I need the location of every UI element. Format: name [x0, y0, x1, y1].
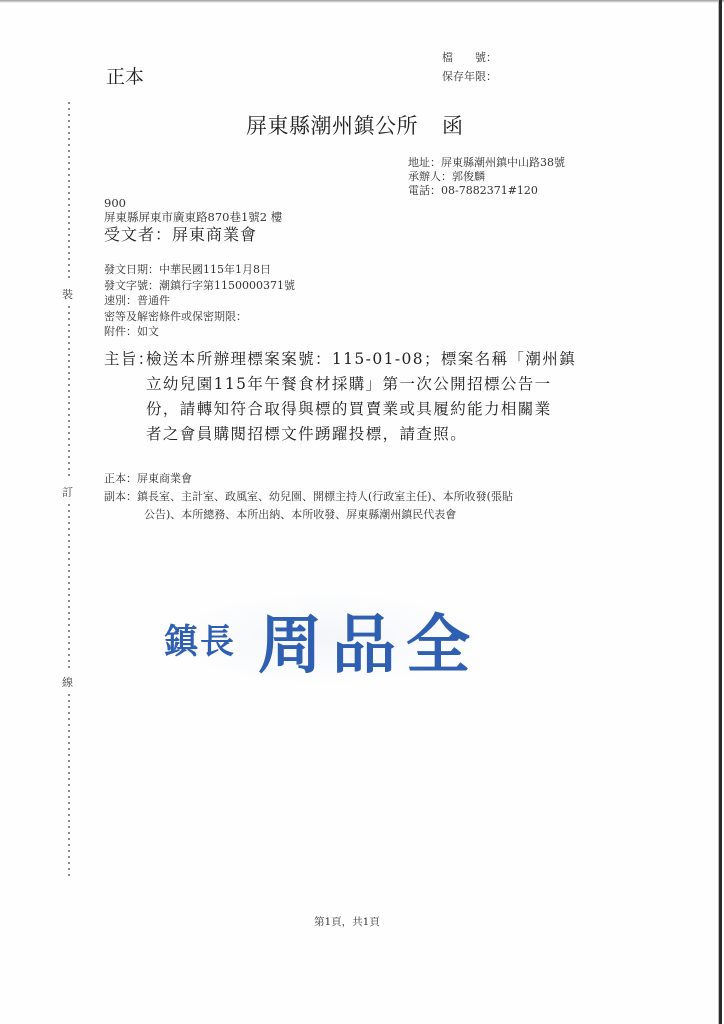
file-meta: 檔 號： 保存年限：: [442, 48, 497, 86]
contact-phone: 電話：08-7882371#120: [408, 184, 565, 198]
contact-block: 地址：屏東縣潮州鎮中山路38號 承辦人：郭俊麟 電話：08-7882371#12…: [408, 156, 565, 198]
scan-right-edge-inner: [718, 0, 719, 1024]
original-recipient: 正本：屏東商業會: [104, 470, 513, 488]
page-number: 第1頁，共1頁: [314, 914, 380, 929]
binding-dots: [68, 502, 70, 672]
document-title: 屏東縣潮州鎮公所函: [246, 110, 464, 140]
binding-mark-ding: 訂: [62, 484, 73, 500]
binding-mark-xian: 線: [62, 674, 73, 690]
attachment: 附件：如文: [104, 324, 295, 340]
seal-name: 周品全: [258, 594, 480, 686]
file-number-label: 檔 號：: [442, 48, 497, 67]
binding-dots: [68, 692, 70, 878]
subject-label: 主旨：: [104, 347, 155, 372]
binding-mark-zhuang: 裝: [62, 286, 73, 302]
scan-top-shadow: [0, 0, 724, 3]
classification: 密等及解密條件或保密期限：: [104, 309, 295, 325]
document-page: 正本 檔 號： 保存年限： 屏東縣潮州鎮公所函 地址：屏東縣潮州鎮中山路38號 …: [0, 0, 724, 1024]
binding-dots: [68, 304, 70, 480]
recipient-receiver: 受文者：屏東商業會: [104, 224, 282, 246]
copy-type: 正本: [106, 62, 144, 89]
seal-title: 鎮長: [164, 614, 236, 663]
issue-meta: 發文日期：中華民國115年1月8日 發文字號：潮鎮行字第1150000371號 …: [104, 262, 295, 340]
scan-right-edge: [719, 0, 722, 1024]
distribution-block: 正本：屏東商業會 副本：鎮長室、主計室、政風室、幼兒園、開標主持人(行政室主任)…: [104, 470, 513, 524]
binding-dots: [68, 100, 70, 282]
copy-recipients: 副本：鎮長室、主計室、政風室、幼兒園、開標主持人(行政室主任)、本所收發(張貼: [104, 488, 513, 506]
subject-block: 主旨： 檢送本所辦理標案案號：115-01-08；標案名稱「潮州鎮 立幼兒園11…: [104, 347, 624, 447]
copy-recipients-continued: 公告)、本所總務、本所出納、本所收發、屏東縣潮州鎮民代表會: [104, 506, 513, 524]
delivery-speed: 速別：普通件: [104, 293, 295, 309]
agency-name: 屏東縣潮州鎮公所: [246, 114, 418, 138]
document-kind: 函: [442, 114, 464, 138]
issue-date: 發文日期：中華民國115年1月8日: [104, 262, 295, 278]
subject-line: 檢送本所辦理標案案號：115-01-08；標案名稱「潮州鎮: [104, 347, 624, 372]
mayor-seal-stamp: 鎮長 周品全: [162, 592, 488, 686]
recipient-block: 900 屏東縣屏東市廣東路870巷1號2 樓 受文者：屏東商業會: [104, 196, 282, 246]
contact-address: 地址：屏東縣潮州鎮中山路38號: [408, 156, 565, 170]
subject-line: 份，請轉知符合取得與標的買賣業或具履約能力相關業: [104, 397, 624, 422]
retention-label: 保存年限：: [442, 67, 497, 86]
contact-handler: 承辦人：郭俊麟: [408, 170, 565, 184]
recipient-address: 屏東縣屏東市廣東路870巷1號2 樓: [104, 210, 282, 224]
issue-number: 發文字號：潮鎮行字第1150000371號: [104, 278, 295, 294]
subject-line: 者之會員購閱招標文件踴躍投標，請查照。: [104, 422, 624, 447]
subject-line: 立幼兒園115年午餐食材採購」第一次公開招標公告一: [104, 372, 624, 397]
recipient-postal-code: 900: [104, 196, 282, 210]
binding-line: 裝 訂 線: [60, 100, 80, 880]
